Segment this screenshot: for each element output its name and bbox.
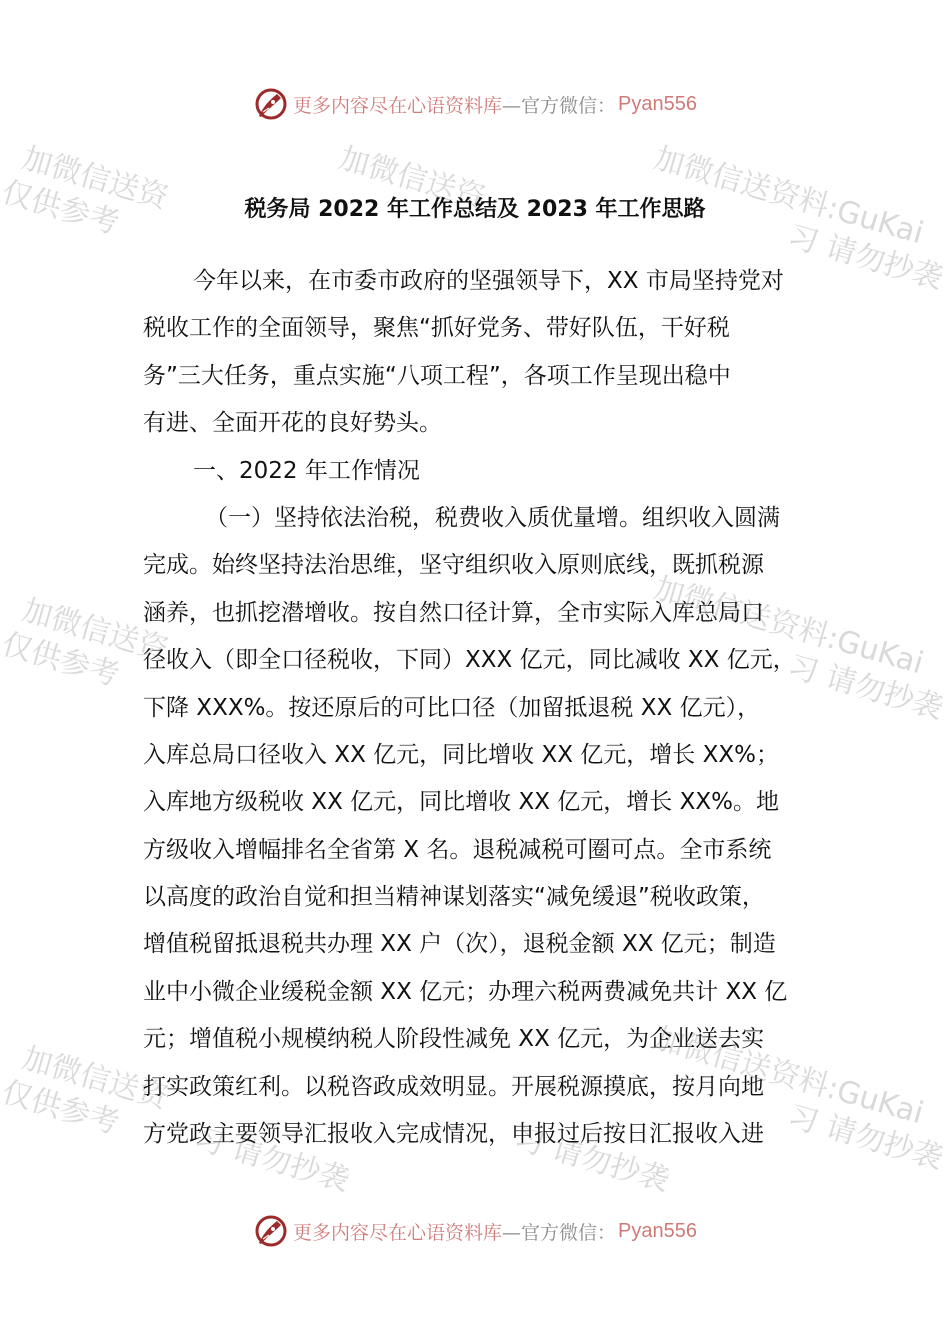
- banner-wechat-label: —官方微信：: [502, 91, 616, 118]
- paragraph-line: 入库地方级税收 XX 亿元，同比增收 XX 亿元，增长 XX%。地: [143, 779, 808, 826]
- document-body: 今年以来，在市委市政府的坚强领导下，XX 市局坚持党对 税收工作的全面领导，聚焦…: [143, 258, 808, 1158]
- banner-wechat-id: Pyan556: [618, 1220, 697, 1243]
- paragraph-line: 今年以来，在市委市政府的坚强领导下，XX 市局坚持党对: [143, 258, 808, 305]
- banner-slogan: 更多内容尽在心语资料库: [293, 1218, 502, 1245]
- paragraph-line: 元；增值税小规模纳税人阶段性减免 XX 亿元，为企业送去实: [143, 1016, 808, 1063]
- quill-pen-logo-icon: [253, 86, 289, 122]
- paragraph-line: 入库总局口径收入 XX 亿元，同比增收 XX 亿元，增长 XX%；: [143, 732, 808, 779]
- paragraph-line: 税收工作的全面领导，聚焦“抓好党务、带好队伍，干好税: [143, 305, 808, 352]
- paragraph-line: 完成。始终坚持法治思维，坚守组织收入原则底线，既抓税源: [143, 542, 808, 589]
- banner-wechat-label: —官方微信：: [502, 1218, 616, 1245]
- paragraph-line: 务”三大任务，重点实施“八项工程”，各项工作呈现出稳中: [143, 353, 808, 400]
- paragraph-line: 有进、全面开花的良好势头。: [143, 400, 808, 447]
- section-heading: 一、2022 年工作情况: [143, 448, 808, 495]
- paragraph-line: （一）坚持依法治税，税费收入质优量增。组织收入圆满: [143, 495, 808, 542]
- paragraph-line: 以高度的政治自觉和担当精神谋划落实“减免缓退”税收政策，: [143, 874, 808, 921]
- header-banner: 更多内容尽在心语资料库 —官方微信： Pyan556: [0, 84, 950, 124]
- footer-banner: 更多内容尽在心语资料库 —官方微信： Pyan556: [0, 1211, 950, 1251]
- paragraph-line: 径收入（即全口径税收，下同）XXX 亿元，同比减收 XX 亿元，: [143, 637, 808, 684]
- paragraph-line: 业中小微企业缓税金额 XX 亿元；办理六税两费减免共计 XX 亿: [143, 969, 808, 1016]
- paragraph-line: 增值税留抵退税共办理 XX 户（次），退税金额 XX 亿元；制造: [143, 921, 808, 968]
- paragraph-line: 涵养，也抓挖潜增收。按自然口径计算，全市实际入库总局口: [143, 590, 808, 637]
- banner-wechat-id: Pyan556: [618, 93, 697, 116]
- document-page: 加微信送资 仅供参考 加微信送资 加微信送资料:GuKai 习 请勿抄袭 加微信…: [0, 0, 950, 1344]
- document-title: 税务局 2022 年工作总结及 2023 年工作思路: [0, 192, 950, 228]
- paragraph-line: 打实政策红利。以税咨政成效明显。开展税源摸底，按月向地: [143, 1064, 808, 1111]
- paragraph-line: 下降 XXX%。按还原后的可比口径（加留抵退税 XX 亿元），: [143, 685, 808, 732]
- paragraph-line: 方党政主要领导汇报收入完成情况，申报过后按日汇报收入进: [143, 1111, 808, 1158]
- quill-pen-logo-icon: [253, 1213, 289, 1249]
- banner-slogan: 更多内容尽在心语资料库: [293, 91, 502, 118]
- paragraph-line: 方级收入增幅排名全省第 X 名。退税减税可圈可点。全市系统: [143, 827, 808, 874]
